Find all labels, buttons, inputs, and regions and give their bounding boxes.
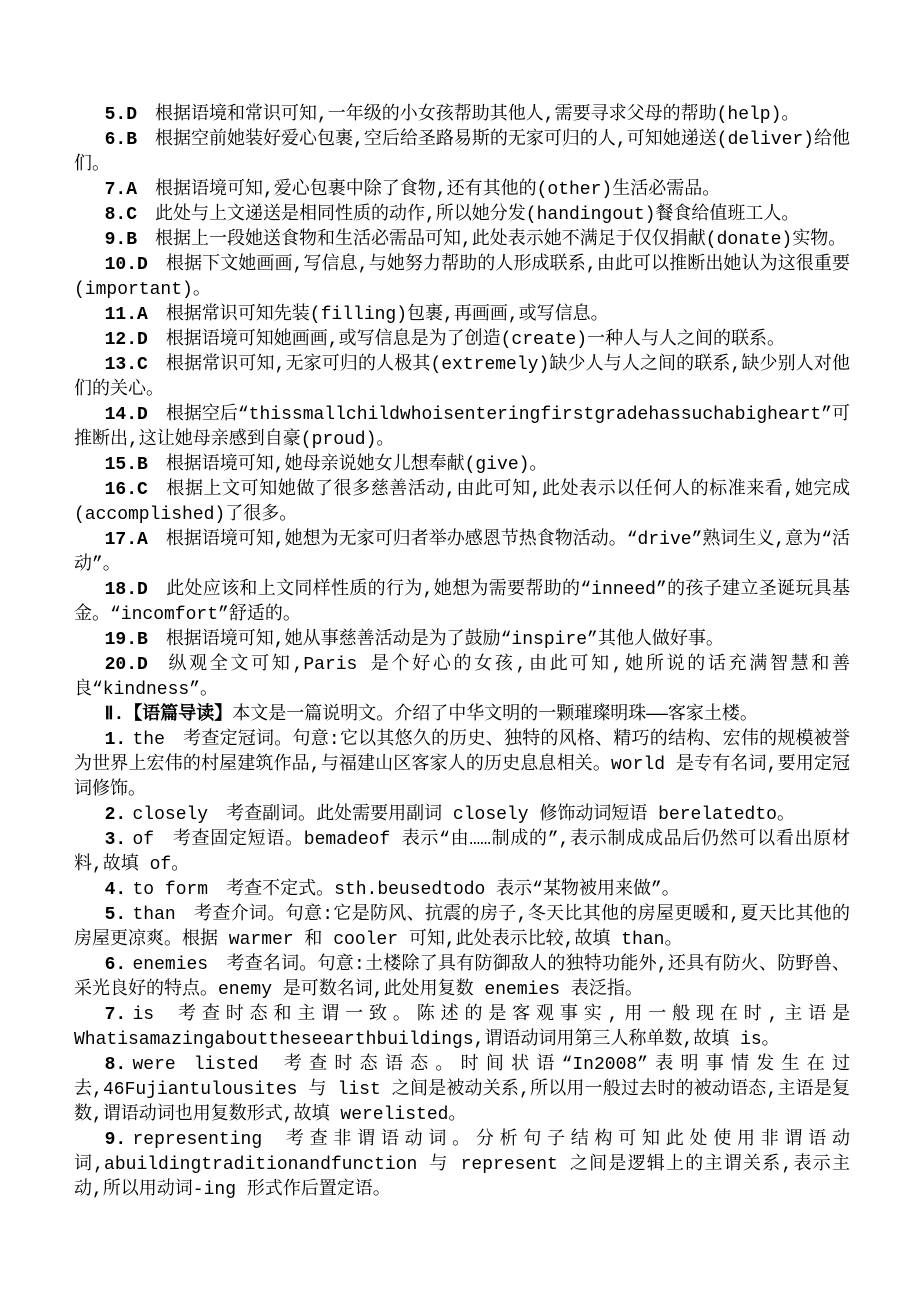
- answer-item: 19.B根据语境可知,她从事慈善活动是为了鼓励“inspire”其他人做好事。: [74, 628, 850, 653]
- item-number: 4.: [105, 880, 127, 900]
- item-number: 7.A: [105, 180, 137, 200]
- answer-item: 16.C根据上文可知她做了很多慈善活动,由此可知,此处表示以任何人的标准来看,她…: [74, 478, 850, 528]
- answer-item: Ⅱ.【语篇导读】本文是一篇说明文。介绍了中华文明的一颗璀璨明珠——客家土楼。: [74, 703, 850, 728]
- item-number: 8.: [105, 1055, 127, 1075]
- item-number: 2.: [105, 805, 127, 825]
- item-explanation-text: 考查定冠词。句意:它以其悠久的历史、独特的风格、精巧的结构、宏伟的规模被誉为世界…: [74, 730, 850, 800]
- item-number: 9.: [105, 1130, 127, 1150]
- item-explanation-text: 考查副词。此处需要用副词 closely 修饰动词短语 berelatedto。: [226, 805, 795, 825]
- item-number: Ⅱ.【语篇导读】: [105, 705, 233, 725]
- item-answer-word: were listed: [133, 1055, 259, 1075]
- item-number: 20.D: [105, 655, 148, 675]
- item-explanation-text: 根据语境可知,爱心包裹中除了食物,还有其他的(other)生活必需品。: [155, 180, 720, 200]
- item-explanation-text: 根据语境可知她画画,或写信息是为了创造(create)一种人与人之间的联系。: [166, 330, 785, 350]
- item-explanation-text: 根据语境可知,她从事慈善活动是为了鼓励“inspire”其他人做好事。: [166, 630, 724, 650]
- answer-item: 15.B根据语境可知,她母亲说她女儿想奉献(give)。: [74, 453, 850, 478]
- item-explanation-text: 根据语境可知,她想为无家可归者举办感恩节热食物活动。“drive”熟词生义,意为…: [74, 530, 850, 575]
- answer-item: 6.B根据空前她装好爱心包裹,空后给圣路易斯的无家可归的人,可知她递送(deli…: [74, 128, 850, 178]
- item-explanation-text: 考查不定式。sth.beusedtodo 表示“某物被用来做”。: [226, 880, 680, 900]
- answer-item: 4.to form考查不定式。sth.beusedtodo 表示“某物被用来做”…: [74, 878, 850, 903]
- item-number: 17.A: [105, 530, 148, 550]
- item-explanation-text: 根据常识可知先装(filling)包裹,再画画,或写信息。: [166, 305, 609, 325]
- item-number: 6.B: [105, 130, 137, 150]
- answer-item: 3.of考查固定短语。bemadeof 表示“由……制成的”,表示制成成品后仍然…: [74, 828, 850, 878]
- item-number: 6.: [105, 955, 127, 975]
- item-explanation-text: 根据常识可知,无家可归的人极其(extremely)缺少人与人之间的联系,缺少别…: [74, 355, 850, 400]
- item-explanation-text: 根据上文可知她做了很多慈善活动,由此可知,此处表示以任何人的标准来看,她完成(a…: [74, 480, 850, 525]
- answer-item: 13.C根据常识可知,无家可归的人极其(extremely)缺少人与人之间的联系…: [74, 353, 850, 403]
- item-number: 9.B: [105, 230, 137, 250]
- item-number: 11.A: [105, 305, 148, 325]
- answer-item: 9.representing考查非谓语动词。分析句子结构可知此处使用非谓语动词,…: [74, 1128, 850, 1203]
- item-explanation-text: 纵观全文可知,Paris 是个好心的女孩,由此可知,她所说的话充满智慧和善良“k…: [74, 655, 850, 700]
- item-explanation-text: 根据空前她装好爱心包裹,空后给圣路易斯的无家可归的人,可知她递送(deliver…: [74, 130, 850, 175]
- answer-key-content: 5.D根据语境和常识可知,一年级的小女孩帮助其他人,需要寻求父母的帮助(help…: [74, 103, 850, 1203]
- item-explanation-text: 考查固定短语。bemadeof 表示“由……制成的”,表示制成成品后仍然可以看出…: [74, 830, 850, 875]
- item-answer-word: the: [133, 730, 165, 750]
- item-number: 13.C: [105, 355, 148, 375]
- item-explanation-text: 根据上一段她送食物和生活必需品可知,此处表示她不满足于仅仅捐献(donate)实…: [155, 230, 846, 250]
- item-number: 14.D: [105, 405, 148, 425]
- answer-item: 17.A根据语境可知,她想为无家可归者举办感恩节热食物活动。“drive”熟词生…: [74, 528, 850, 578]
- answer-item: 18.D此处应该和上文同样性质的行为,她想为需要帮助的“inneed”的孩子建立…: [74, 578, 850, 628]
- item-number: 5.D: [105, 105, 137, 125]
- answer-item: 8.C此处与上文递送是相同性质的动作,所以她分发(handingout)餐食给值…: [74, 203, 850, 228]
- item-answer-word: enemies: [133, 955, 209, 975]
- item-number: 19.B: [105, 630, 148, 650]
- item-answer-word: of: [133, 830, 155, 850]
- item-explanation-text: 根据下文她画画,写信息,与她努力帮助的人形成联系,由此可以推断出她认为这很重要(…: [74, 255, 850, 300]
- item-answer-word: closely: [133, 805, 209, 825]
- item-explanation-text: 根据语境可知,她母亲说她女儿想奉献(give)。: [166, 455, 548, 475]
- item-explanation-text: 考查时态和主谓一致。陈述的是客观事实,用一般现在时,主语是 Whatisamaz…: [74, 1005, 850, 1050]
- answer-item: 9.B根据上一段她送食物和生活必需品可知,此处表示她不满足于仅仅捐献(donat…: [74, 228, 850, 253]
- answer-item: 2.closely考查副词。此处需要用副词 closely 修饰动词短语 ber…: [74, 803, 850, 828]
- item-number: 18.D: [105, 580, 148, 600]
- answer-item: 7.A根据语境可知,爱心包裹中除了食物,还有其他的(other)生活必需品。: [74, 178, 850, 203]
- item-answer-word: than: [133, 905, 176, 925]
- item-number: 16.C: [105, 480, 148, 500]
- answer-item: 7.is考查时态和主谓一致。陈述的是客观事实,用一般现在时,主语是 Whatis…: [74, 1003, 850, 1053]
- item-answer-word: representing: [133, 1130, 263, 1150]
- answer-item: 14.D根据空后“thissmallchildwhoisenteringfirs…: [74, 403, 850, 453]
- answer-item: 5.D根据语境和常识可知,一年级的小女孩帮助其他人,需要寻求父母的帮助(help…: [74, 103, 850, 128]
- item-explanation-text: 此处与上文递送是相同性质的动作,所以她分发(handingout)餐食给值班工人…: [155, 205, 799, 225]
- document-page: 5.D根据语境和常识可知,一年级的小女孩帮助其他人,需要寻求父母的帮助(help…: [0, 0, 920, 1302]
- answer-item: 12.D根据语境可知她画画,或写信息是为了创造(create)一种人与人之间的联…: [74, 328, 850, 353]
- item-number: 1.: [105, 730, 127, 750]
- item-number: 3.: [105, 830, 127, 850]
- item-answer-word: to form: [133, 880, 209, 900]
- answer-item: 10.D根据下文她画画,写信息,与她努力帮助的人形成联系,由此可以推断出她认为这…: [74, 253, 850, 303]
- item-number: 15.B: [105, 455, 148, 475]
- item-number: 8.C: [105, 205, 137, 225]
- answer-item: 8.were listed考查时态语态。时间状语“In2008”表明事情发生在过…: [74, 1053, 850, 1128]
- item-number: 5.: [105, 905, 127, 925]
- item-number: 7.: [105, 1005, 127, 1025]
- answer-item: 5.than考查介词。句意:它是防风、抗震的房子,冬天比其他的房屋更暖和,夏天比…: [74, 903, 850, 953]
- answer-item: 20.D纵观全文可知,Paris 是个好心的女孩,由此可知,她所说的话充满智慧和…: [74, 653, 850, 703]
- item-explanation-text: 本文是一篇说明文。介绍了中华文明的一颗璀璨明珠——客家土楼。: [232, 705, 758, 725]
- item-answer-word: is: [133, 1005, 155, 1025]
- item-explanation-text: 根据空后“thissmallchildwhoisenteringfirstgra…: [74, 405, 850, 450]
- answer-item: 6.enemies考查名词。句意:土楼除了具有防御敌人的独特功能外,还具有防火、…: [74, 953, 850, 1003]
- item-number: 12.D: [105, 330, 148, 350]
- item-number: 10.D: [105, 255, 148, 275]
- answer-item: 1.the考查定冠词。句意:它以其悠久的历史、独特的风格、精巧的结构、宏伟的规模…: [74, 728, 850, 803]
- answer-item: 11.A根据常识可知先装(filling)包裹,再画画,或写信息。: [74, 303, 850, 328]
- item-explanation-text: 考查介词。句意:它是防风、抗震的房子,冬天比其他的房屋更暖和,夏天比其他的房屋更…: [74, 905, 850, 950]
- item-explanation-text: 根据语境和常识可知,一年级的小女孩帮助其他人,需要寻求父母的帮助(help)。: [155, 105, 799, 125]
- item-explanation-text: 此处应该和上文同样性质的行为,她想为需要帮助的“inneed”的孩子建立圣诞玩具…: [74, 580, 850, 625]
